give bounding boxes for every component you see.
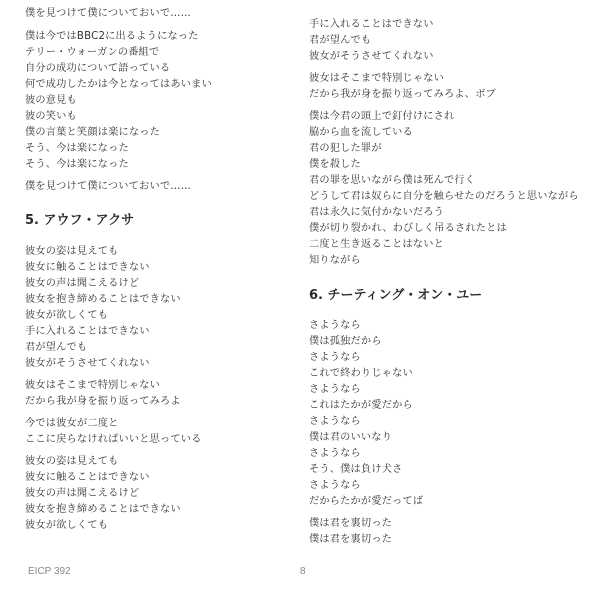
lyric-line: さようなら — [309, 448, 361, 460]
lyric-line: 彼女の姿は見えても — [25, 456, 119, 468]
lyric-line: 脇から血を流している — [309, 127, 413, 139]
lyric-line: 今では彼女が二度と — [25, 418, 119, 430]
lyric-line: さようなら — [309, 480, 361, 492]
lyric-line: 彼女はそこまで特別じゃない — [309, 73, 444, 85]
lyric-line: 僕は孤独だから — [309, 336, 382, 348]
lyric-line: そう、今は楽になった — [25, 143, 129, 155]
lyric-line: 彼女を抱き締めることはできない — [25, 294, 181, 306]
lyric-line: だから我が身を振り返ってみろよ、ボブ — [309, 89, 496, 101]
lyric-line: 彼女の声は聞こえるけど — [25, 278, 139, 290]
catalog-number: EICP 392 — [28, 566, 71, 577]
lyric-line: だからたかが愛だってば — [309, 496, 423, 508]
lyric-line: これで終わりじゃない — [309, 368, 413, 380]
lyric-line: さようなら — [309, 320, 361, 332]
lyric-line: 手に入れることはできない — [25, 326, 150, 338]
lyric-line: 僕が切り裂かれ、わびしく吊るされたとは — [309, 223, 507, 235]
lyric-line: 何で成功したかは今となってはあいまい — [25, 79, 212, 91]
lyric-line: 彼の意見も — [25, 95, 77, 107]
lyric-line: 彼女の声は聞こえるけど — [25, 488, 139, 500]
lyric-line: そう、僕は負け犬さ — [309, 464, 403, 476]
lyric-line: どうして君は奴らに自分を触らせたのだろうと思いながら — [309, 191, 579, 203]
lyric-line: 君は永久に気付かないだろう — [309, 207, 444, 219]
lyric-line: 彼女に触ることはできない — [25, 472, 150, 484]
lyric-line: 僕を見つけて僕についておいで…… — [25, 8, 191, 20]
lyric-line: さようなら — [309, 416, 361, 428]
lyric-line: テリー・ウォーガンの番組で — [25, 47, 159, 59]
lyric-line: 彼女はそこまで特別じゃない — [25, 380, 160, 392]
lyric-line: 僕は君を裏切った — [309, 518, 392, 530]
lyric-line: 僕を見つけて僕についておいで…… — [25, 181, 191, 193]
lyric-line: 僕は君のいいなり — [309, 432, 392, 444]
lyric-line: ここに戻らなければいいと思っている — [25, 434, 202, 446]
lyric-line: 君が望んでも — [309, 35, 371, 47]
lyric-line: 僕は君を裏切った — [309, 534, 392, 546]
lyric-line: 彼女がそうさせてくれない — [309, 51, 434, 63]
lyric-line: 彼女が欲しくても — [25, 520, 108, 532]
lyric-line: 彼女が欲しくても — [25, 310, 108, 322]
song-title: 6. チーティング・オン・ユー — [309, 288, 482, 304]
lyric-line: 彼女に触ることはできない — [25, 262, 150, 274]
lyric-line: 僕は今君の頭上で釘付けにされ — [309, 111, 454, 123]
song-title: 5. アウフ・アクサ — [25, 213, 134, 229]
lyric-line: 君の犯した罪が — [309, 143, 382, 155]
lyric-line: 彼女の姿は見えても — [25, 246, 119, 258]
lyric-line: 知りながら — [309, 255, 361, 267]
lyric-line: そう、今は楽になった — [25, 159, 129, 171]
lyric-line: 彼女を抱き締めることはできない — [25, 504, 181, 516]
lyric-line: 君の罪を思いながら僕は死んで行く — [309, 175, 475, 187]
lyric-line: 彼女がそうさせてくれない — [25, 358, 150, 370]
lyric-line: さようなら — [309, 352, 361, 364]
page-number: 8 — [300, 566, 306, 577]
lyric-line: 僕の言葉と笑顔は楽になった — [25, 127, 160, 139]
lyric-line: さようなら — [309, 384, 361, 396]
lyric-line: 僕は今ではBBC2に出るようになった — [25, 31, 199, 43]
lyric-line: だから我が身を振り返ってみろよ — [25, 396, 181, 408]
lyric-line: 僕を殺した — [309, 159, 361, 171]
lyric-line: 二度と生き返ることはないと — [309, 239, 444, 251]
lyric-line: 手に入れることはできない — [309, 19, 434, 31]
lyric-line: 彼の笑いも — [25, 111, 77, 123]
lyric-line: 君が望んでも — [25, 342, 87, 354]
lyric-line: 自分の成功について語っている — [25, 63, 170, 75]
lyric-line: これはたかが愛だから — [309, 400, 413, 412]
